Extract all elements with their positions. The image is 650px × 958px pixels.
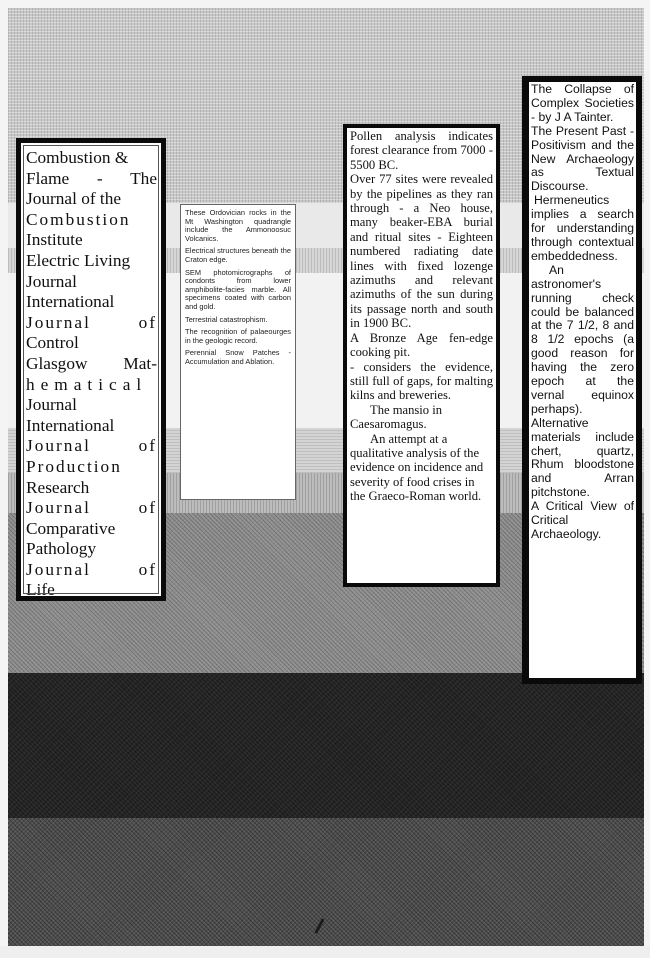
journal-line: Journal bbox=[26, 395, 157, 416]
theory-paragraph: An astronomer's running check could be b… bbox=[531, 264, 634, 417]
journal-line: Combustion bbox=[26, 210, 157, 231]
journal-line: Pathology bbox=[26, 539, 157, 560]
journal-line: Production bbox=[26, 457, 157, 478]
archaeology-paragraph: - considers the evidence, still full of … bbox=[350, 360, 493, 403]
journal-line: Comparative bbox=[26, 519, 157, 540]
journal-line: Combustion & bbox=[26, 148, 157, 169]
geology-paragraph: SEM photomicrographs of condonts from lo… bbox=[185, 269, 291, 312]
theory-paragraph: Hermeneutics implies a search for unders… bbox=[531, 194, 634, 264]
journal-line: Research bbox=[26, 478, 157, 499]
journal-line: International bbox=[26, 416, 157, 437]
geology-paragraph: Terrestrial catastrophism. bbox=[185, 316, 291, 325]
geology-paragraph: Perennial Snow Patches - Accumulation an… bbox=[185, 349, 291, 366]
background-band-darkest bbox=[8, 673, 644, 818]
archaeology-paragraph: Pollen analysis indicates forest clearan… bbox=[350, 129, 493, 172]
journal-line: hematical bbox=[26, 375, 157, 396]
journal-line: Journal of bbox=[26, 436, 157, 457]
journal-line: Institute bbox=[26, 230, 157, 251]
theory-paragraph: Alternative materials include chert, qua… bbox=[531, 417, 634, 500]
geology-paragraph: These Ordovician rocks in the Mt Washing… bbox=[185, 209, 291, 243]
journal-line: Flame - The bbox=[26, 169, 157, 190]
geology-paragraph: The recognition of palaeourges in the ge… bbox=[185, 328, 291, 345]
archaeology-paragraph: An attempt at a qualitative analysis of … bbox=[350, 432, 493, 504]
journal-line: Journal bbox=[26, 272, 157, 293]
theory-paragraph: The Present Past - Positivism and the Ne… bbox=[531, 125, 634, 195]
journal-line: Journal of bbox=[26, 313, 157, 334]
journal-line: Journal of bbox=[26, 560, 157, 581]
bottom-margin bbox=[0, 946, 650, 958]
journal-line: Glasgow Mat- bbox=[26, 354, 157, 375]
theory-paragraph: A Critical View of Critical Archaeology. bbox=[531, 500, 634, 542]
theory-panel: The Collapse of Complex Societies - by J… bbox=[522, 76, 642, 684]
journal-line: International bbox=[26, 292, 157, 313]
journal-line: Journal of the bbox=[26, 189, 157, 210]
geology-panel: These Ordovician rocks in the Mt Washing… bbox=[180, 204, 296, 500]
archaeology-paragraph: Over 77 sites were revealed by the pipel… bbox=[350, 172, 493, 330]
archaeology-panel: Pollen analysis indicates forest clearan… bbox=[343, 124, 500, 587]
journal-titles-panel: Combustion & Flame - The Journal of the … bbox=[16, 138, 166, 601]
theory-paragraph: The Collapse of Complex Societies - by J… bbox=[531, 83, 634, 125]
archaeology-paragraph: The mansio in Caesaromagus. bbox=[350, 403, 493, 432]
journal-line: Journal of bbox=[26, 498, 157, 519]
background-band-charcoal bbox=[8, 818, 644, 946]
journal-line: Electric Living bbox=[26, 251, 157, 272]
journal-line: Control bbox=[26, 333, 157, 354]
journal-line: Life bbox=[26, 580, 157, 601]
archaeology-paragraph: A Bronze Age fen-edge cooking pit. bbox=[350, 331, 493, 360]
geology-paragraph: Electrical structures beneath the Craton… bbox=[185, 247, 291, 264]
